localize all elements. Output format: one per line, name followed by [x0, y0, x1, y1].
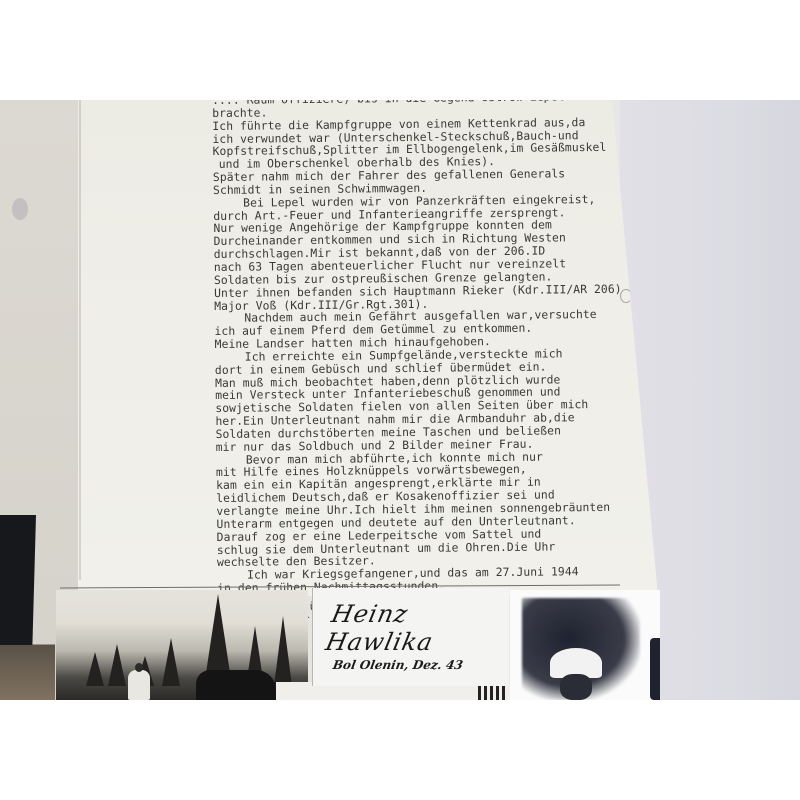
handwritten-caption: Bol Olenin, Dez. 43 — [332, 658, 464, 672]
figure-right — [650, 638, 660, 700]
paper-smudge — [12, 198, 28, 220]
tree-shape — [162, 638, 180, 686]
photo-forest-rider — [56, 590, 308, 700]
rider-head — [135, 663, 143, 672]
tree-shape — [108, 644, 126, 686]
handwritten-signature: Heinz Hawlika — [323, 600, 515, 656]
tree-shape — [86, 652, 104, 686]
card-under-ink — [478, 686, 508, 700]
face-shape — [560, 674, 592, 700]
horse-figure — [196, 670, 276, 700]
photo-soldier — [510, 590, 660, 700]
photo-strip: Heinz Hawlika Bol Olenin, Dez. 43 — [0, 586, 800, 700]
rider-figure — [128, 670, 150, 700]
signature-card: Heinz Hawlika Bol Olenin, Dez. 43 — [312, 588, 509, 686]
tree-shape — [274, 616, 292, 686]
typewritten-text: .... Raum Offiziere) bis in die Gegend O… — [212, 100, 658, 627]
document-photo: .... Raum Offiziere) bis in die Gegend O… — [0, 100, 800, 700]
sheet-edge — [79, 100, 81, 580]
